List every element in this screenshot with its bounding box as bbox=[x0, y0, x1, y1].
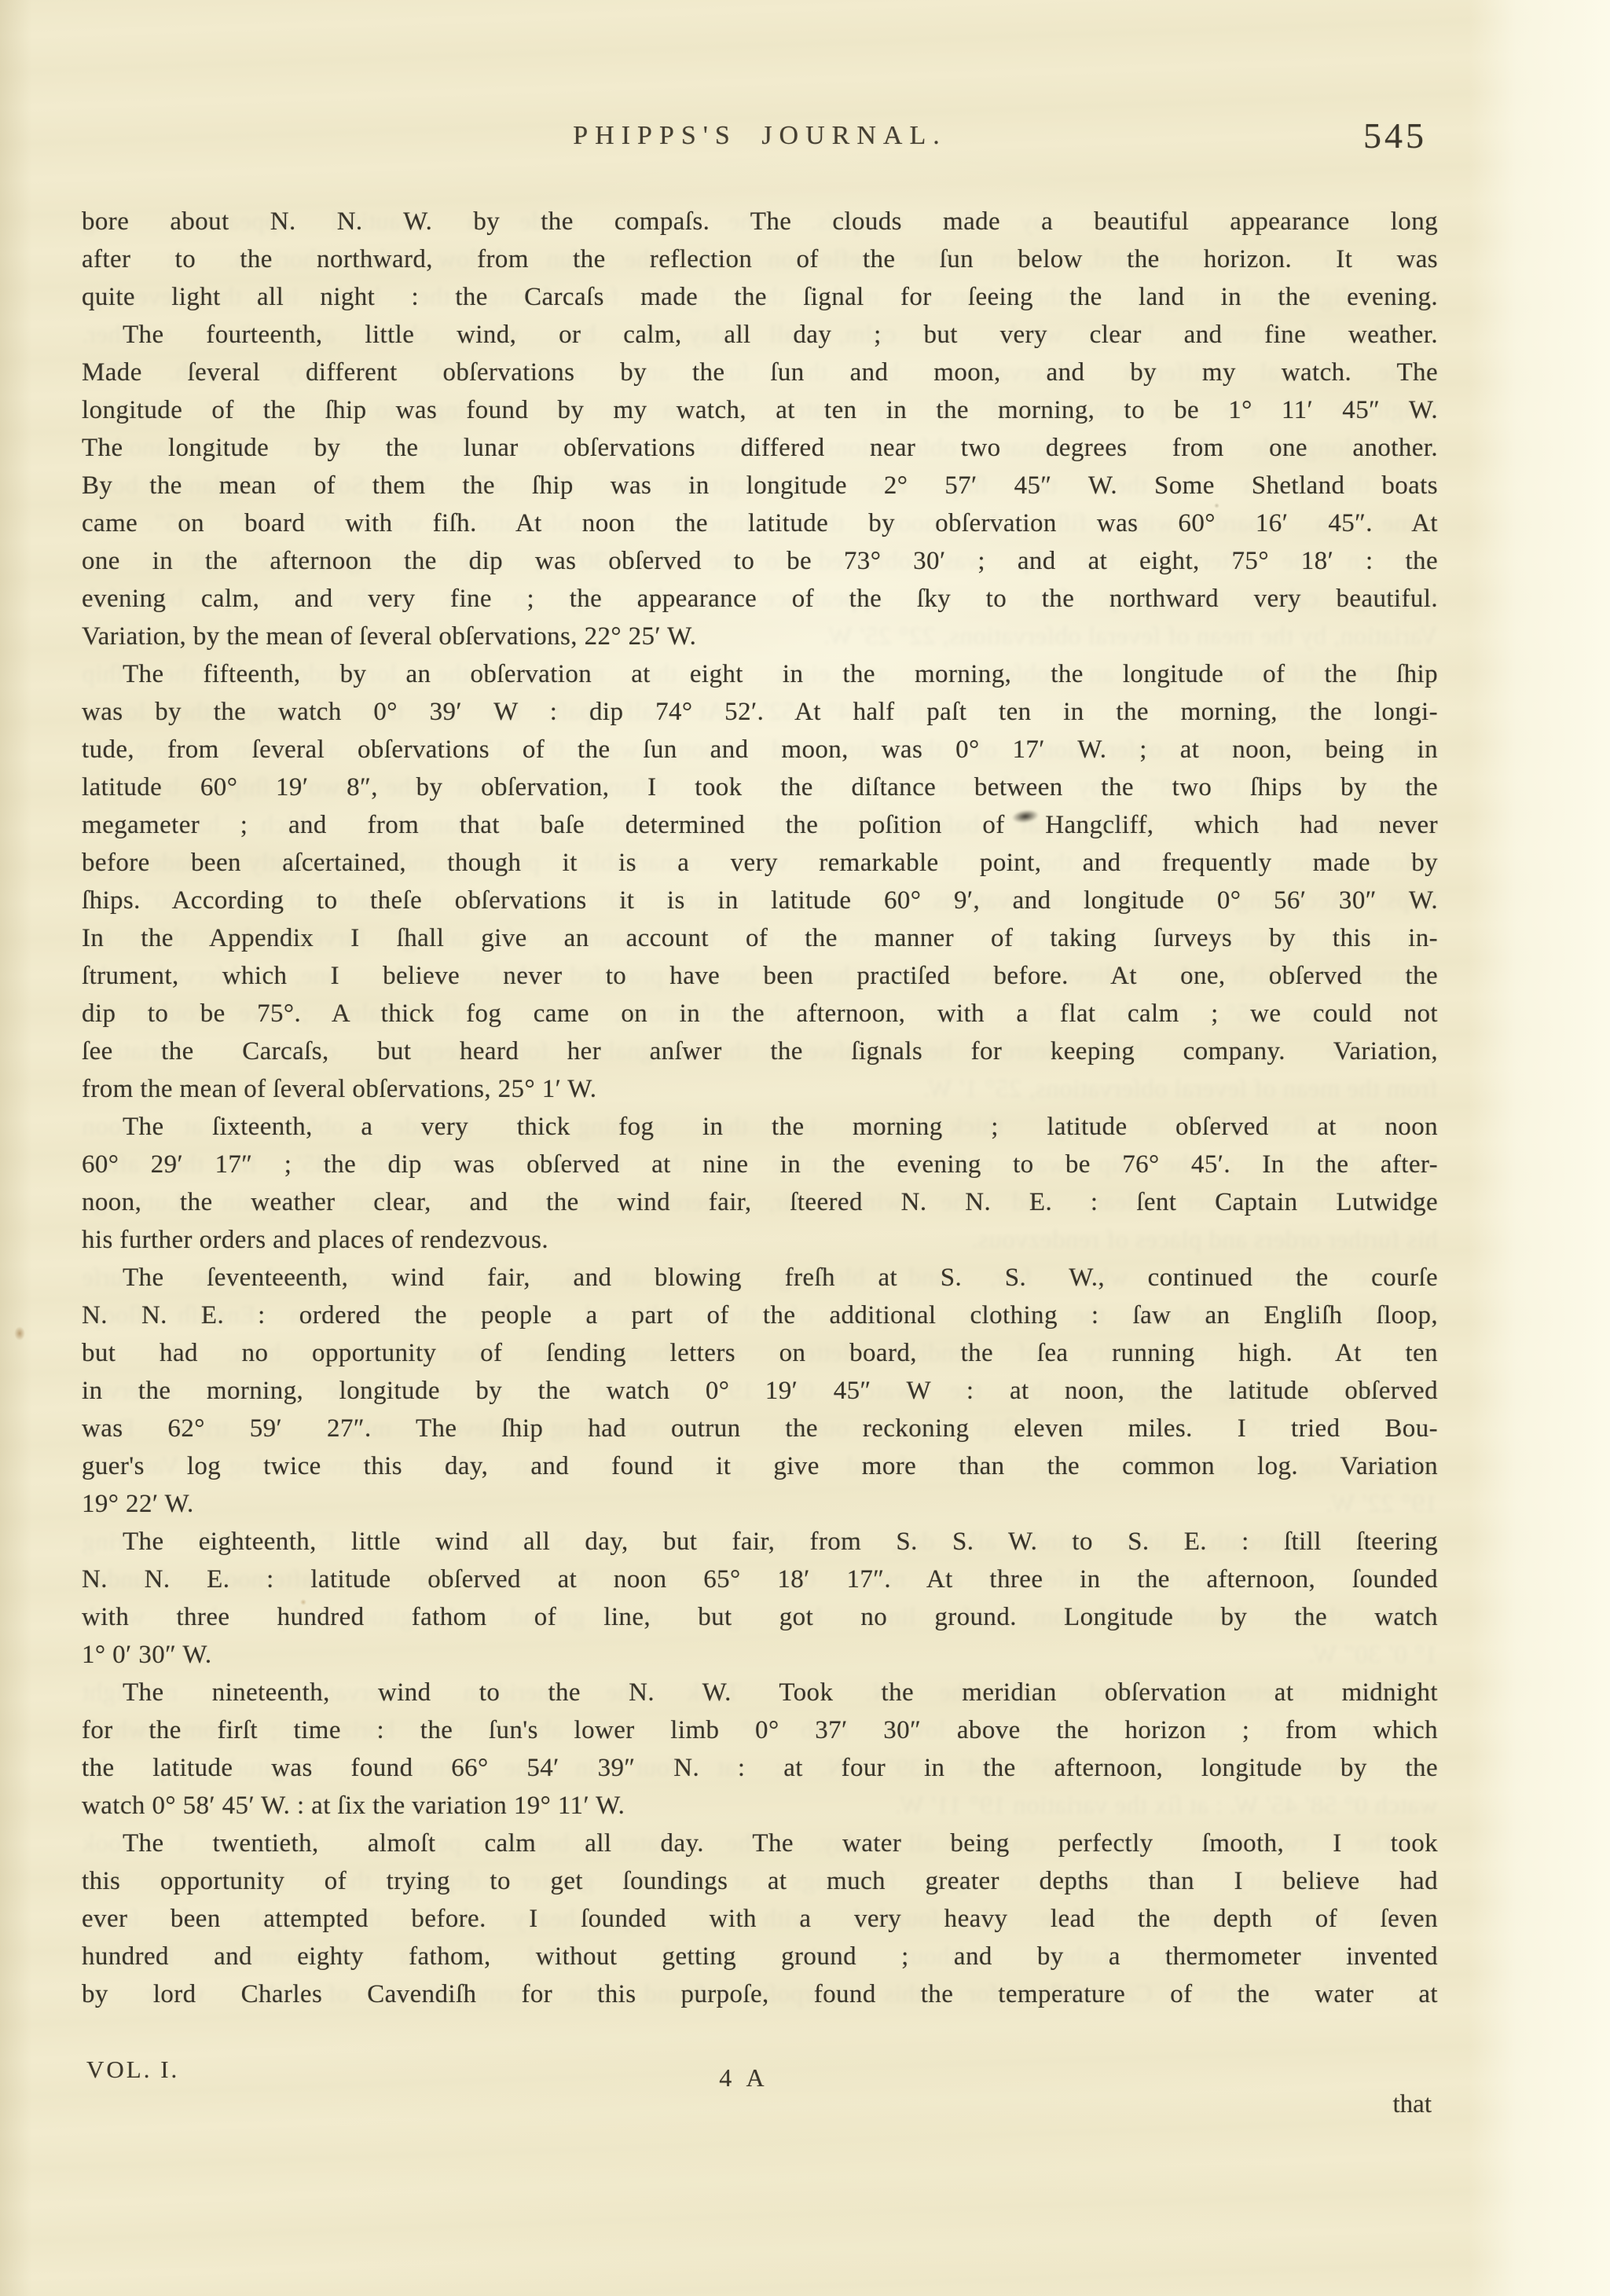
text-line: tude, from ſeveral obſervations of the ſ… bbox=[82, 731, 1438, 768]
catchword: that bbox=[1393, 2090, 1432, 2119]
text-line: ſhips. According to theſe obſervations i… bbox=[82, 882, 1438, 919]
text-line: The ſeventeeenth, wind fair, and blowing… bbox=[82, 1259, 1438, 1297]
text-line: 60° 29′ 17″ ; the dip was obſerved at ni… bbox=[82, 1146, 1438, 1183]
text-line: in the morning, longitude by the watch 0… bbox=[82, 1372, 1438, 1410]
text-line: one in the afternoon the dip was obſerve… bbox=[82, 542, 1438, 580]
text-line: quite light all night : the Carcaſs made… bbox=[82, 278, 1438, 316]
running-title: PHIPPS'S JOURNAL. bbox=[82, 121, 1438, 151]
text-line: this opportunity of trying to get ſoundi… bbox=[82, 1862, 1438, 1900]
text-line: came on board with fiſh. At noon the lat… bbox=[82, 504, 1438, 542]
paragraph: The nineteenth, wind to the N. W. Took t… bbox=[82, 1674, 1438, 1825]
text-line: The longitude by the lunar obſervations … bbox=[82, 429, 1438, 467]
text-line: guer's log twice this day, and found it … bbox=[82, 1447, 1438, 1485]
foxing-speck bbox=[14, 1326, 25, 1341]
text-line: megameter ; and from that baſe determine… bbox=[82, 806, 1438, 844]
page-number: 545 bbox=[1363, 115, 1427, 156]
text-line: N. N. E. : ordered the people a part of … bbox=[82, 1297, 1438, 1334]
signature-mark: 4 A bbox=[719, 2063, 768, 2092]
text-line: ſtrument, which I believe never to have … bbox=[82, 957, 1438, 995]
text-line: but had no opportunity of ſending letter… bbox=[82, 1334, 1438, 1372]
text-line: by lord Charles Cavendiſh for this purpo… bbox=[82, 1975, 1438, 2013]
text-line: was 62° 59′ 27″. The ſhip had outrun the… bbox=[82, 1410, 1438, 1447]
text-line: the latitude was found 66° 54′ 39″ N. : … bbox=[82, 1749, 1438, 1787]
paragraph: bore about N. N. W. by the compaſs. The … bbox=[82, 203, 1438, 316]
text-line: The fifteenth, by an obſervation at eigh… bbox=[82, 655, 1438, 693]
paragraph: The fourteenth, little wind, or calm, al… bbox=[82, 316, 1438, 655]
paragraph: The eighteenth, little wind all day, but… bbox=[82, 1523, 1438, 1674]
paragraph: The ſixteenth, a very thick fog in the m… bbox=[82, 1108, 1438, 1259]
text-line: with three hundred fathom of line, but g… bbox=[82, 1598, 1438, 1636]
text-line: The nineteenth, wind to the N. W. Took t… bbox=[82, 1674, 1438, 1711]
text-line: bore about N. N. W. by the compaſs. The … bbox=[82, 203, 1438, 240]
text-line: The eighteenth, little wind all day, but… bbox=[82, 1523, 1438, 1561]
page-body: bore about N. N. W. by the compaſs. The … bbox=[82, 203, 1438, 2013]
text-line: The twentieth, almoſt calm all day. The … bbox=[82, 1825, 1438, 1862]
text-line: latitude 60° 19′ 8″, by obſervation, I t… bbox=[82, 768, 1438, 806]
text-line: In the Appendix I ſhall give an account … bbox=[82, 919, 1438, 957]
paragraph: The twentieth, almoſt calm all day. The … bbox=[82, 1825, 1438, 2013]
text-line: was by the watch 0° 39′ W : dip 74° 52′.… bbox=[82, 693, 1438, 731]
text-line: after to the northward, from the reflect… bbox=[82, 240, 1438, 278]
scanned-book-page: PHIPPS'S JOURNAL. 545 bore about N. N. W… bbox=[0, 0, 1610, 2296]
text-line: before been aſcertained, though it is a … bbox=[82, 844, 1438, 882]
text-line: for the firſt time : the ſun's lower lim… bbox=[82, 1711, 1438, 1749]
paragraph: The fifteenth, by an obſervation at eigh… bbox=[82, 655, 1438, 1108]
text-line: N. N. E. : latitude obſerved at noon 65°… bbox=[82, 1561, 1438, 1598]
page-footer: VOL. I. 4 A that bbox=[82, 2052, 1438, 2147]
text-line: hundred and eighty fathom, without getti… bbox=[82, 1938, 1438, 1975]
text-line: Made ſeveral different obſervations by t… bbox=[82, 354, 1438, 391]
page-header: PHIPPS'S JOURNAL. 545 bbox=[82, 115, 1438, 170]
text-line: noon, the weather clear, and the wind fa… bbox=[82, 1183, 1438, 1221]
text-line: The fourteenth, little wind, or calm, al… bbox=[82, 316, 1438, 354]
text-line: evening calm, and very fine ; the appear… bbox=[82, 580, 1438, 618]
paragraph: The ſeventeeenth, wind fair, and blowing… bbox=[82, 1259, 1438, 1523]
text-line: dip to be 75°. A thick fog came on in th… bbox=[82, 995, 1438, 1032]
text-line: By the mean of them the ſhip was in long… bbox=[82, 467, 1438, 504]
text-line: longitude of the ſhip was found by my wa… bbox=[82, 391, 1438, 429]
text-line: The ſixteenth, a very thick fog in the m… bbox=[82, 1108, 1438, 1146]
text-line: ſee the Carcaſs, but heard her anſwer th… bbox=[82, 1032, 1438, 1070]
volume-label: VOL. I. bbox=[86, 2056, 179, 2084]
text-line: ever been attempted before. I ſounded wi… bbox=[82, 1900, 1438, 1938]
